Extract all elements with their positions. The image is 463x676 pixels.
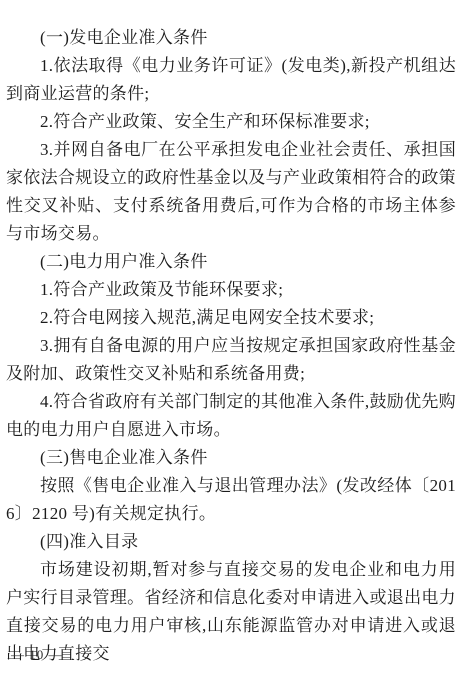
paragraph-gen-item-2: 2.符合产业政策、安全生产和环保标准要求;: [6, 108, 456, 136]
paragraph-user-item-2: 2.符合电网接入规范,满足电网安全技术要求;: [6, 304, 456, 332]
paragraph-catalog-management: 市场建设初期,暂对参与直接交易的发电企业和电力用户实行目录管理。省经济和信息化委…: [6, 556, 456, 668]
section-heading-2: (二)电力用户准入条件: [6, 248, 456, 276]
paragraph-gen-item-1: 1.依法取得《电力业务许可证》(发电类),新投产机组达到商业运营的条件;: [6, 52, 456, 108]
section-heading-1: (一)发电企业准入条件: [6, 24, 456, 52]
paragraph-user-item-4: 4.符合省政府有关部门制定的其他准入条件,鼓励优先购电的电力用户自愿进入市场。: [6, 388, 456, 444]
paragraph-user-item-3: 3.拥有自备电源的用户应当按规定承担国家政府性基金及附加、政策性交叉补贴和系统备…: [6, 332, 456, 388]
page-number: — 10 —: [11, 648, 63, 662]
paragraph-user-item-1: 1.符合产业政策及节能环保要求;: [6, 276, 456, 304]
section-heading-3: (三)售电企业准入条件: [6, 444, 456, 472]
document-page: (一)发电企业准入条件 1.依法取得《电力业务许可证》(发电类),新投产机组达到…: [0, 0, 463, 676]
paragraph-gen-item-3: 3.并网自备电厂在公平承担发电企业社会责任、承担国家依法合规设立的政府性基金以及…: [6, 136, 456, 248]
document-body: (一)发电企业准入条件 1.依法取得《电力业务许可证》(发电类),新投产机组达到…: [6, 24, 456, 668]
section-heading-4: (四)准入目录: [6, 528, 456, 556]
paragraph-retail-rule: 按照《售电企业准入与退出管理办法》(发改经体〔2016〕2120 号)有关规定执…: [6, 472, 456, 528]
